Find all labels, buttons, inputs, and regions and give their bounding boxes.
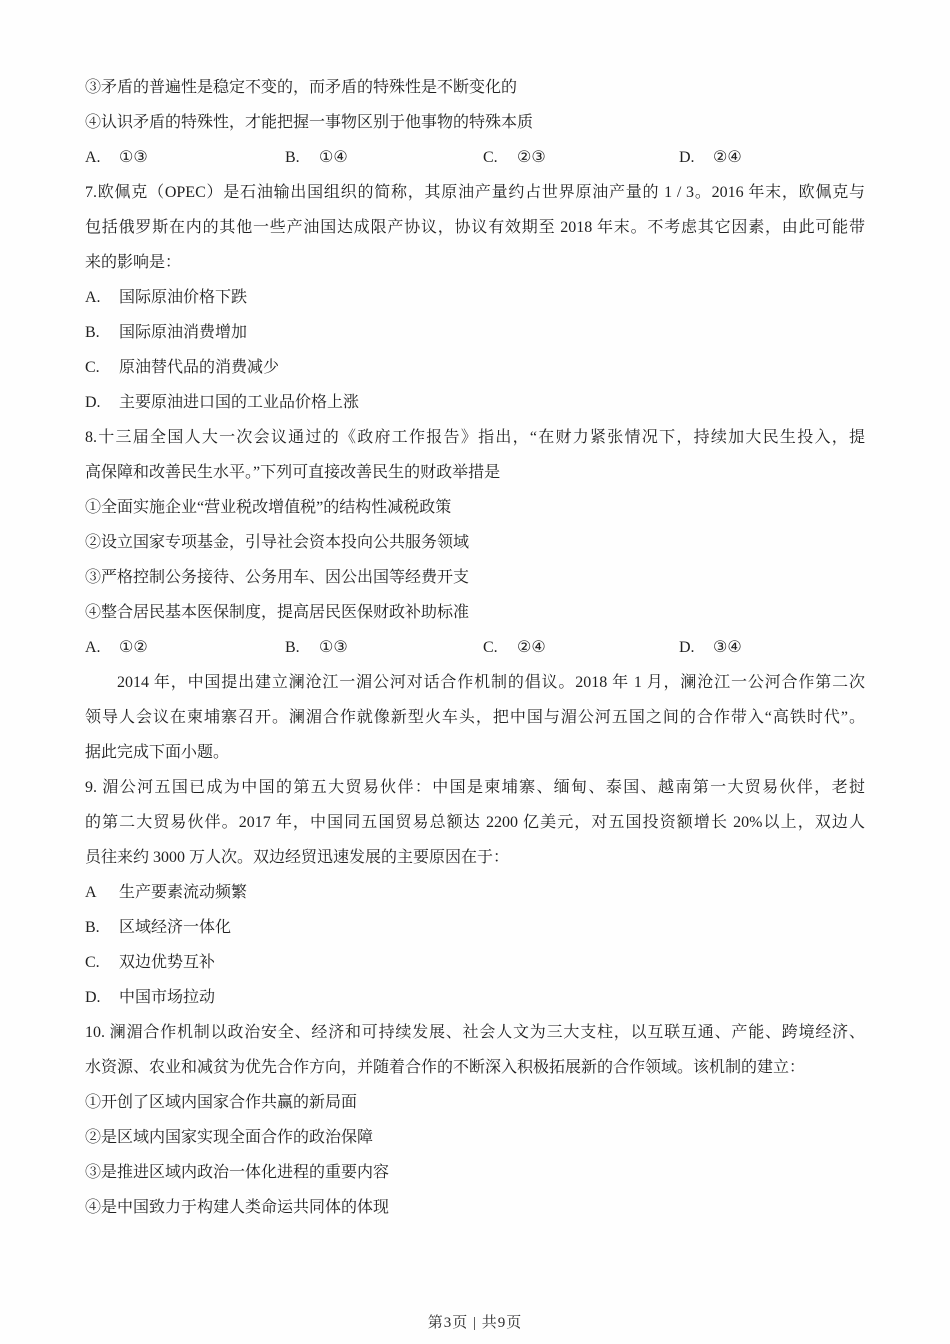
q8-option-c: C.②④ <box>483 630 679 665</box>
page-number-footer: 第3页 | 共9页 <box>0 1311 950 1332</box>
q8-text-line-1: 8.十三届全国人大一次会议通过的《政府工作报告》指出，“在财力紧张情况下，持续加… <box>85 420 865 455</box>
option-label: A. <box>85 630 119 665</box>
option-label: B. <box>85 315 119 350</box>
q9-text-line-1: 9. 湄公河五国已成为中国的第五大贸易伙伴：中国是柬埔寨、缅甸、泰国、越南第一大… <box>85 770 865 805</box>
exam-content: ③矛盾的普遍性是稳定不变的，而矛盾的特殊性是不断变化的 ④认识矛盾的特殊性，才能… <box>85 70 865 1225</box>
q7-option-b: B.国际原油消费增加 <box>85 315 865 350</box>
q8-answer-options-row: A.①② B.①③ C.②④ D.③④ <box>85 630 865 665</box>
q8-option-b: B.①③ <box>285 630 483 665</box>
page-number-text: 第3页 | 共9页 <box>428 1315 523 1331</box>
q10-text-line-1: 10. 澜湄合作机制以政治安全、经济和可持续发展、社会人文为三大支柱，以互联互通… <box>85 1015 865 1050</box>
option-text: 主要原油进口国的工业品价格上涨 <box>119 394 359 411</box>
q9-option-c: C.双边优势互补 <box>85 945 865 980</box>
option-text: 生产要素流动频繁 <box>119 884 247 901</box>
q8-statement-3: ③严格控制公务接待、公务用车、因公出国等经费开支 <box>85 560 865 595</box>
option-label: B. <box>85 910 119 945</box>
option-label: D. <box>85 385 119 420</box>
q10-statement-1: ①开创了区域内国家合作共赢的新局面 <box>85 1085 865 1120</box>
q6-option-c: C.②③ <box>483 140 679 175</box>
q10-statement-3: ③是推进区域内政治一体化进程的重要内容 <box>85 1155 865 1190</box>
q8-option-d: D.③④ <box>679 630 742 665</box>
option-label: D. <box>679 140 713 175</box>
q9-option-b: B.区域经济一体化 <box>85 910 865 945</box>
q8-statement-4: ④整合居民基本医保制度，提高居民医保财政补助标准 <box>85 595 865 630</box>
q7-option-d: D.主要原油进口国的工业品价格上涨 <box>85 385 865 420</box>
option-label: A. <box>85 140 119 175</box>
option-label: A. <box>85 280 119 315</box>
option-value: ①② <box>119 639 148 656</box>
q7-option-a: A.国际原油价格下跌 <box>85 280 865 315</box>
q9-option-d: D.中国市场拉动 <box>85 980 865 1015</box>
leadin-line-2: 领导人会议在柬埔寨召开。澜湄合作就像新型火车头，把中国与湄公河五国之间的合作带入… <box>85 700 865 735</box>
q10-text-line-2: 水资源、农业和减贫为优先合作方向，并随着合作的不断深入积极拓展新的合作领域。该机… <box>85 1050 865 1085</box>
q7-text-line-1: 7.欧佩克（OPEC）是石油输出国组织的简称，其原油产量约占世界原油产量的 1 … <box>85 175 865 210</box>
q8-option-a: A.①② <box>85 630 285 665</box>
q7-text-line-3: 来的影响是： <box>85 245 865 280</box>
q6-option-b: B.①④ <box>285 140 483 175</box>
option-text: 国际原油消费增加 <box>119 324 247 341</box>
q10-statement-2: ②是区域内国家实现全面合作的政治保障 <box>85 1120 865 1155</box>
option-value: ②④ <box>713 149 742 166</box>
option-label: C. <box>85 945 119 980</box>
option-text: 国际原油价格下跌 <box>119 289 247 306</box>
option-value: ①④ <box>319 149 348 166</box>
option-value: ②③ <box>517 149 546 166</box>
q9-text-line-3: 员往来约 3000 万人次。双边经贸迅速发展的主要原因在于： <box>85 840 865 875</box>
option-value: ③④ <box>713 639 742 656</box>
option-label: B. <box>285 140 319 175</box>
q9-text-line-2: 的第二大贸易伙伴。2017 年，中国同五国贸易总额达 2200 亿美元，对五国投… <box>85 805 865 840</box>
q8-text-line-2: 高保障和改善民生水平。”下列可直接改善民生的财政举措是 <box>85 455 865 490</box>
exam-page: ③矛盾的普遍性是稳定不变的，而矛盾的特殊性是不断变化的 ④认识矛盾的特殊性，才能… <box>0 0 950 1344</box>
q7-text-line-2: 包括俄罗斯在内的其他一些产油国达成限产协议，协议有效期至 2018 年末。不考虑… <box>85 210 865 245</box>
option-text: 区域经济一体化 <box>119 919 231 936</box>
option-text: 原油替代品的消费减少 <box>119 359 279 376</box>
option-label: D. <box>679 630 713 665</box>
option-label: C. <box>85 350 119 385</box>
option-label: C. <box>483 630 517 665</box>
leadin-line-3: 据此完成下面小题。 <box>85 735 865 770</box>
option-label: D. <box>85 980 119 1015</box>
q7-option-c: C.原油替代品的消费减少 <box>85 350 865 385</box>
q8-statement-2: ②设立国家专项基金，引导社会资本投向公共服务领域 <box>85 525 865 560</box>
option-label: B. <box>285 630 319 665</box>
q6-option-a: A.①③ <box>85 140 285 175</box>
option-value: ①③ <box>119 149 148 166</box>
q6-statement-3: ③矛盾的普遍性是稳定不变的，而矛盾的特殊性是不断变化的 <box>85 70 865 105</box>
q6-statement-4: ④认识矛盾的特殊性，才能把握一事物区别于他事物的特殊本质 <box>85 105 865 140</box>
q8-statement-1: ①全面实施企业“营业税改增值税”的结构性减税政策 <box>85 490 865 525</box>
q6-option-d: D.②④ <box>679 140 742 175</box>
option-value: ①③ <box>319 639 348 656</box>
option-label: A <box>85 875 119 910</box>
q10-statement-4: ④是中国致力于构建人类命运共同体的体现 <box>85 1190 865 1225</box>
q9-option-a: A生产要素流动频繁 <box>85 875 865 910</box>
option-text: 中国市场拉动 <box>119 989 215 1006</box>
option-label: C. <box>483 140 517 175</box>
leadin-line-1: 2014 年，中国提出建立澜沧江一湄公河对话合作机制的倡议。2018 年 1 月… <box>85 665 865 700</box>
q6-answer-options-row: A.①③ B.①④ C.②③ D.②④ <box>85 140 865 175</box>
option-value: ②④ <box>517 639 546 656</box>
option-text: 双边优势互补 <box>119 954 215 971</box>
